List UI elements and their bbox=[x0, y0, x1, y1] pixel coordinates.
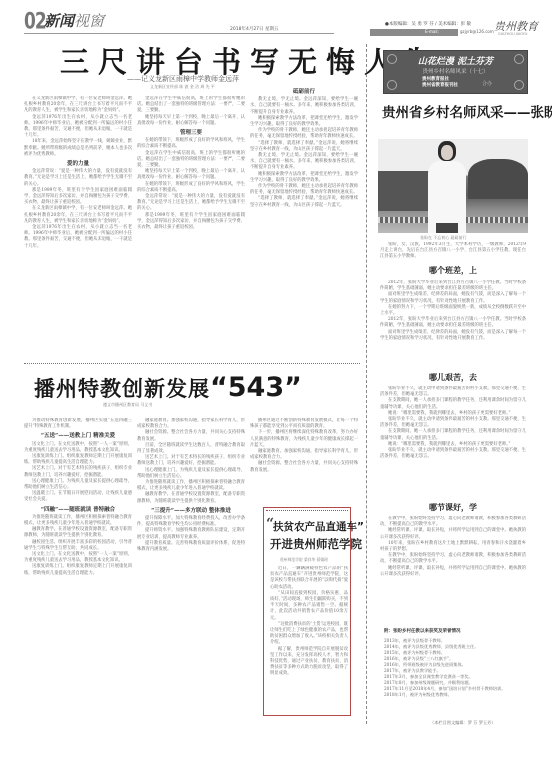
award-item: 2018年1月，被评为州级优秀教师。 bbox=[384, 692, 524, 698]
paragraph: 融社会资源。整合社会各方力量，共同关心支持特殊教育发展。 bbox=[250, 461, 358, 473]
paragraph: 她坚持每天早上第一个到校，晚上最后一个离开，认真批改每一份作业，耐心解答每一个问… bbox=[137, 115, 245, 127]
paragraph: 送康复训练上门。组织康复教师定期上门开展康复训练，帮助残疾儿童提高生活自理能力。 bbox=[24, 454, 132, 466]
issue-date: 2018年4月27日 星期五 bbox=[230, 26, 278, 32]
header-rule bbox=[24, 33, 334, 34]
paragraph: 金远萍1976年出生在农村，从小就立志当一名老师。1996年中师毕业后，她被分配… bbox=[24, 225, 132, 250]
paragraph: 10年来，张盼在乡村教育这片土地上默默耕耘，用青春和汗水浇灌着乡村孩子的梦想。 bbox=[380, 541, 526, 553]
heading-hardship: 哪儿艰苦，去 bbox=[378, 372, 528, 383]
section-heading-forward: 砥砺前行 bbox=[250, 89, 358, 95]
awards-list: 2013年，被评为县级骨干教师。 2014年，被评为县级优秀教师、县级优秀班主任… bbox=[384, 638, 524, 698]
banner-organizers: 贵州教育报社贵州省教育报刊社 bbox=[422, 77, 458, 89]
article2-title-number: “543” bbox=[210, 372, 302, 403]
right-article-title: 贵州省乡村名师风采——张盼 bbox=[382, 101, 552, 121]
paragraph: 融教育教学。在普通学校设置资源教室，配备专职资源教师，为随班就读学生提供个别化教… bbox=[137, 492, 245, 504]
body-worst-class: 2012年，张盼大学毕业后来到台江县方召镇八一小学任教。当时学校条件简陋，学生基… bbox=[380, 280, 526, 370]
paragraph: 下一步，播州区将继续深化特殊教育改革，努力办好人民满意的特殊教育，为残疾儿童少年… bbox=[250, 430, 358, 449]
body-hardship: 张盼毕业不久，就主动申请到条件最艰苦的村小支教。那里交通不便、生活条件差，但她毫… bbox=[380, 386, 526, 504]
section-heading-management: 管理三要 bbox=[137, 130, 245, 136]
editor-line: ●本版编辑：吴 勇 罗 芬 / 美术编辑：彭 敏 bbox=[385, 21, 471, 27]
column-editor-credit: （本栏目图文编辑：罗 芬 罗玉芳） bbox=[430, 720, 495, 726]
paragraph: 她经常听课、评课，取长补短，并将所学运用到自己的课堂中。她执教的公开课多次获得好… bbox=[380, 528, 526, 540]
article1-column-1: 在义龙新区雨樟镇中学，有一位安老师叫金远萍。她扎根乡村教育20余年，在三尺讲台上… bbox=[24, 96, 132, 358]
paragraph: 她积极探索教学方法改革，把课堂还给学生，激发学生学习兴趣，取得了良好的教学效果。 bbox=[250, 172, 358, 184]
paragraph: 在教学中，张盼始终坚持学习，虚心向老教师请教，积极参加各类教研活动，不断提高自己… bbox=[380, 516, 526, 528]
paragraph: 融教育教学。在普通学校设置资源教室，配备专职资源教师，为随班就读学生提供个别化教… bbox=[24, 527, 132, 539]
organizer-2: 贵州省教育报刊社 bbox=[422, 83, 458, 89]
paragraph: 提升师资水平。加强特殊教育教师队伍建设，定期开展专业培训，提高教师专业素养。 bbox=[137, 528, 245, 540]
paragraph: “这批消费扶贫的‘土货’运进校园，既让师生们吃上了绿色健康的农产品，也帮助贫困群… bbox=[270, 622, 348, 647]
paragraph: 送艺术上门。对于有艺术特长的残疾孩子，组织专业教师送教上门，培养兴趣爱好，挖掘潜… bbox=[137, 455, 245, 467]
paragraph: 金远萍1976年出生在农村，从小就立志当一名老师。1996年中师毕业后，她被分配… bbox=[24, 115, 132, 140]
page-number: 02 bbox=[24, 9, 46, 35]
article2-title-text: 播州特教创新发展 bbox=[34, 377, 210, 401]
paragraph: 在教学中，张盼始终坚持学习，虚心向老教师请教，积极参加各类教研活动，不断提高自己… bbox=[380, 553, 526, 565]
paragraph: 播州区通过不断创新特殊教育发展模式，让每一个特殊孩子都能享受到公平而有质量的教育… bbox=[250, 418, 358, 430]
section-title: 新闻视窗 bbox=[44, 10, 104, 31]
paragraph: 她积极探索教学方法改革，把课堂还给学生，激发学生学习兴趣，取得了良好的教学效果。 bbox=[250, 116, 358, 128]
series-banner: 山花烂漫 泥土芬芳 贵州乡村名师风采（十七） 贵州教育报社贵州省教育报刊社 合办 bbox=[383, 50, 528, 94]
article-separator bbox=[24, 363, 360, 364]
paragraph: 送康复训练上门。组织康复教师定期上门开展康复训练，帮助残疾儿童提高生活自理能力。 bbox=[24, 564, 132, 576]
paragraph: 金远萍在学生中威信很高，班上的学生都很听她的话。她总结出了一套独特的班级管理方法… bbox=[137, 151, 245, 170]
paragraph: 近日，一辆辆满载特色农产品的“扶贫农产品直通车”开进贵州师范学院，这是该校与帮扶… bbox=[270, 566, 348, 591]
teacher-photo bbox=[378, 139, 528, 233]
paragraph: 张盼毕业不久，就主动申请到条件最艰苦的村小支教。那里交通不便、生活条件差，但她毫… bbox=[380, 417, 526, 429]
awards-title: 附：张盼乡村任教以来获奖及荣誉情况 bbox=[384, 628, 461, 634]
newspaper-logo-sub: GUIZHOU JIAOYU bbox=[498, 32, 527, 36]
email-bar bbox=[370, 29, 458, 36]
paragraph: 在义龙新区雨樟镇中学，有一位安老师叫金远萍。她扎根乡村教育20余年，在三尺讲台上… bbox=[24, 206, 132, 225]
banner-slogan: 山花烂漫 泥土芬芳 bbox=[384, 54, 527, 67]
paragraph: 据了解，贵州师范学院自开展脱贫攻坚工作以来，充分发挥高校人才、智力和科技优势，通… bbox=[270, 647, 348, 678]
paragraph: 在她的努力下，一个学期后班级面貌焕然一新，成绩从全校倒数跃升至中上水平。 bbox=[380, 305, 526, 317]
paragraph: 面对班里学生成绩差、纪律差的局面，她没有气馁，而是深入了解每一个学生的家庭情况和… bbox=[380, 330, 526, 342]
article3-byline: 贵州师范学院 梁祥华 薛婧瑶 bbox=[280, 557, 328, 563]
paragraph: 教无止境，学无止境。金远萍深知，要给学生一碗水，自己就要有一桶水。多年来，她积极… bbox=[250, 97, 358, 116]
article3-title-line1: 扶贫农产品直通车” bbox=[273, 519, 353, 534]
paragraph: 提升教育质量。完善特殊教育质量评价体系，促进特殊教育内涵发展。 bbox=[137, 541, 245, 553]
paragraph: “选择了教师，就选择了奉献。”金远萍说，她将继续坚守在乡村教育一线，为山区孩子撑… bbox=[250, 196, 358, 208]
column-separator bbox=[366, 44, 367, 724]
article2-column-1: 为推动特殊教育创新发展，播州区实施“五送四融三提升”特殊教育工作机制。 “五送”… bbox=[24, 418, 132, 718]
paragraph: 张盼毕业不久，就主动申请到条件最艰苦的村小支教。那里交通不便、生活条件差，但她毫… bbox=[380, 448, 526, 460]
article2-column-3: 播州区通过不断创新特殊教育发展模式，让每一个特殊孩子都能享受到公平而有质量的教育… bbox=[250, 418, 358, 502]
article1-column-2: 金远萍在学生中威信很高，班上的学生都很听她的话。她总结出了一套独特的班级管理方法… bbox=[137, 96, 245, 358]
paragraph: 为推进随班就读工作，播州区积极探索普特融合教育模式，让更多残疾儿童少年进入普通学… bbox=[24, 515, 132, 527]
paragraph: “选择了教师，就选择了奉献。”金远萍说，她将继续坚守在乡村教育一线，为山区孩子撑… bbox=[250, 141, 358, 153]
ornament-icon bbox=[387, 80, 397, 90]
paragraph: 送心理健康上门。为残疾儿童及家长提供心理疏导，帮助他们树立生活信心。 bbox=[137, 468, 245, 480]
section-heading-five-sends: “五送”——送教上门 精准关爱 bbox=[24, 433, 132, 439]
article2-title: 播州特教创新发展“543” bbox=[34, 372, 302, 403]
paragraph: 她坚持每天早上第一个到校，晚上最后一个离开，认真批改每一份作业，耐心解答每一个问… bbox=[137, 169, 245, 181]
paragraph: 金远萍常说：“爱是一种伟大的力量，没有爱就没有教育。”无论是学习上还是生活上，她… bbox=[137, 194, 245, 213]
paragraph: 为推动特殊教育创新发展，播州区实施“五送四融三提升”特殊教育工作机制。 bbox=[24, 418, 132, 430]
paragraph: 作为学校的骨干教师，她还主动承担起培养青年教师的任务，毫无保留地传授经验，帮助青… bbox=[250, 128, 358, 140]
article3-body: 近日，一辆辆满载特色农产品的“扶贫农产品直通车”开进贵州师范学院，这是该校与帮扶… bbox=[270, 566, 348, 706]
banner-joint: 合办 bbox=[482, 80, 492, 87]
section-heading-four-fusions: “四融”——随班就读 普特融合 bbox=[24, 507, 132, 513]
heading-good-lesson: 哪节课好，学 bbox=[378, 502, 528, 513]
paragraph: 在她的带领下，班级形成了良好的学风和班风，学生的综合素质不断提高。 bbox=[137, 182, 245, 194]
email-label: E-mail： bbox=[425, 29, 442, 35]
article3-title-line2: 开进贵州师范学院 bbox=[270, 536, 350, 552]
paragraph: 送文化上门。在文化送教中，按照“一人一案”原则，为重度残疾儿童送去学习用品，教授… bbox=[24, 442, 132, 454]
paragraph: 送艺术上门。对于有艺术特长的残疾孩子，组织专业教师送教上门，培养兴趣爱好，挖掘潜… bbox=[24, 466, 132, 478]
paragraph: 融社会资源。整合社会各方力量，共同关心支持特殊教育发展。 bbox=[137, 430, 245, 442]
paragraph: 送文化上门。在文化送教中，按照“一人一案”原则，为重度残疾儿童送去学习用品，教授… bbox=[24, 552, 132, 564]
article2-column-2: 融家庭教育。加强家校沟通，指导家长科学育儿，形成家校教育合力。 融社会资源。整合… bbox=[137, 418, 245, 718]
paragraph: 在支教期间，她一人承担多门课程的教学任务，还利用课余时间为留守儿童辅导功课，关心… bbox=[380, 429, 526, 441]
paragraph: 融家庭教育。加强家校沟通，指导家长科学育儿，形成家校教育合力。 bbox=[250, 449, 358, 461]
section-heading-three-improvements: “三提升”——多方联动 整体推进 bbox=[137, 508, 245, 514]
paragraph: 2012年，张盼大学毕业后来到台江县方召镇八一小学任教。当时学校条件简陋，学生基… bbox=[380, 280, 526, 292]
paragraph: 那是1999年冬，班里有个学生因家庭困难面临辍学，金远萍得知后多次家访，并自掏腰… bbox=[24, 188, 132, 207]
banner-series: 贵州乡村名师风采（十七） bbox=[384, 67, 527, 75]
ornament-icon bbox=[514, 80, 524, 90]
section-title-light: 视窗 bbox=[74, 12, 104, 30]
paragraph: 金远萍常说：“爱是一种伟大的力量，没有爱就没有教育。”无论是学习上还是生活上，她… bbox=[24, 169, 132, 188]
heading-worst-class: 哪个班差，上 bbox=[378, 265, 528, 276]
article2-byline: 遵义市播州区教育局 马义书 bbox=[103, 402, 152, 408]
paragraph: 融家庭教育。加强家校沟通，指导家长科学育儿，形成家校教育合力。 bbox=[137, 418, 245, 430]
paragraph: 为推进随班就读工作，播州区积极探索普特融合教育模式，让更多残疾儿童少年进入普通学… bbox=[137, 480, 245, 492]
paragraph: 18年来，金远萍始终坚守在教学一线，兢兢业业，默默奉献。她所带班级的成绩总是名列… bbox=[24, 139, 132, 158]
paragraph: 送心理健康上门。为残疾儿童及家长提供心理疏导，帮助他们树立生活信心。 bbox=[24, 479, 132, 491]
paragraph: 融校园生活。组织开展丰富多彩的校园活动，引导普通学生与特殊学生互帮互助，共同成长… bbox=[24, 540, 132, 552]
paragraph: 在支教期间，她一人承担多门课程的教学任务，还利用课余时间为留守儿童辅导功课，关心… bbox=[380, 398, 526, 410]
article1-subtitle: ——记义龙新区雨樟中学教师金远萍 bbox=[127, 74, 239, 84]
paragraph: “从田间直接到校园，价格实惠、品质好。”活动现场，师生们踊跃购买，不到半天时间，… bbox=[270, 591, 348, 622]
paragraph: 提升保障水平。加大特殊教育经费投入，改善办学条件，提高特殊教育学校生均公用经费标… bbox=[137, 516, 245, 528]
body-good-lesson: 在教学中，张盼始终坚持学习，虚心向老教师请教，积极参加各类教研活动，不断提高自己… bbox=[380, 516, 526, 616]
paragraph: 在义龙新区雨樟镇中学，有一位安老师叫金远萍。她扎根乡村教育20余年，在三尺讲台上… bbox=[24, 96, 132, 115]
article1-byline: 义龙新区宣传部 陈 波 金 洁 周 先 平 bbox=[150, 84, 215, 90]
teacher-intro: 张盼，女，汉族，1992年3月生，大学本科学历，一级教师，2012年9月走上讲台… bbox=[380, 242, 526, 262]
section-title-bold: 新闻 bbox=[44, 12, 74, 30]
paragraph: 面对班里学生成绩差、纪律差的局面，她没有气馁，而是深入了解每一个学生的家庭情况和… bbox=[380, 292, 526, 304]
paragraph: 目前，全区随班就读学生达数百人，普特融合教育取得了显著成效。 bbox=[137, 443, 245, 455]
paragraph: 那是1999年冬，班里有个学生因家庭困难面临辍学，金远萍得知后多次家访，并自掏腰… bbox=[137, 213, 245, 232]
paragraph: 在她的带领下，班级形成了良好的学风和班风，学生的综合素质不断提高。 bbox=[137, 138, 245, 150]
paragraph: 张盼毕业不久，就主动申请到条件最艰苦的村小支教。那里交通不便、生活条件差，但她毫… bbox=[380, 386, 526, 398]
paragraph: 金远萍在学生中威信很高，班上的学生都很听她的话。她总结出了一套独特的班级管理方法… bbox=[137, 96, 245, 115]
section-heading-love: 爱的力量 bbox=[24, 161, 132, 167]
paragraph: 教无止境，学无止境。金远萍深知，要给学生一碗水，自己就要有一桶水。多年来，她积极… bbox=[250, 153, 358, 172]
paragraph: 作为学校的骨干教师，她还主动承担起培养青年教师的任务，毫无保留地传授经验，帮助青… bbox=[250, 184, 358, 196]
photo-caption: 张盼在 不忘初心 砥砺前行 bbox=[420, 235, 467, 241]
paragraph: 她经常听课、评课，取长补短，并将所学运用到自己的课堂中。她执教的公开课多次获得好… bbox=[380, 566, 526, 578]
article1-column-3: 砥砺前行 教无止境，学无止境。金远萍深知，要给学生一碗水，自己就要有一桶水。多年… bbox=[250, 86, 358, 358]
paragraph: 送温暖上门。在节假日开展慰问活动，让残疾儿童感受社会关爱。 bbox=[24, 491, 132, 503]
email-address[interactable]: gzjyrb@126.com bbox=[460, 29, 494, 34]
paragraph: 张盼，女，汉族，1992年3月生，大学本科学历，一级教师，2012年9月走上讲台… bbox=[380, 242, 526, 261]
paragraph: 2012年，张盼大学毕业后来到台江县方召镇八一小学任教。当时学校条件简陋，学生基… bbox=[380, 317, 526, 329]
